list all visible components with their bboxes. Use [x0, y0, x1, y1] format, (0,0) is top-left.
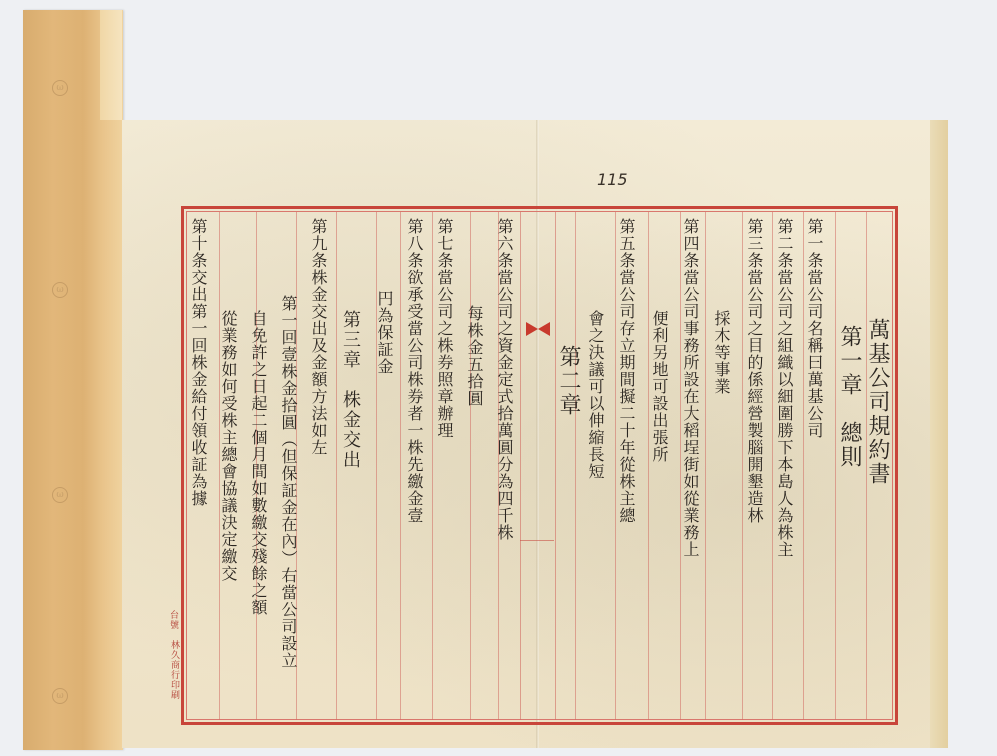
- binding-strip: [100, 10, 122, 120]
- article-4: 第四条當公司事務所設在大稻埕街如從業務上: [682, 218, 698, 558]
- printer-mark-name: 林久商行印刷: [168, 640, 181, 700]
- article-4-cont: 便利另地可設出張所: [651, 310, 667, 463]
- column-rule: [376, 212, 377, 720]
- column-rule: [742, 212, 743, 720]
- article-6: 第六条當公司之資金定式拾萬圓分為四千株: [496, 218, 512, 541]
- article-3-cont: 採木等事業: [713, 310, 729, 395]
- column-rule: [835, 212, 836, 720]
- article-9: 第九条株金交出及金額方法如左: [310, 218, 326, 456]
- article-5: 第五条當公司存立期間擬二十年從株主總: [618, 218, 634, 524]
- article-9-detail-1: 第一回壹株金拾圓（但保証金在內）右當公司設立: [280, 295, 296, 669]
- article-10: 第十条交出第一回株金給付領收証為據: [190, 218, 206, 507]
- column-rule: [705, 212, 706, 720]
- center-tick: [520, 540, 554, 541]
- column-rule: [400, 212, 401, 720]
- column-rule: [470, 212, 471, 720]
- article-9-detail-3: 從業務如何受株主總會協議決定繳交: [220, 310, 236, 582]
- article-2: 第二条當公司之組織以細圍勝下本島人為株主: [776, 218, 792, 558]
- page-number: 115: [597, 170, 628, 189]
- binding-tab: [23, 10, 123, 750]
- article-3: 第三条當公司之目的係經營製腦開墾造林: [746, 218, 762, 524]
- chapter-3-heading: 第三章 株金交出: [341, 310, 359, 470]
- column-rule: [575, 212, 576, 720]
- chapter-2-heading: 第二章: [557, 345, 579, 417]
- article-8-cont: 円為保証金: [376, 290, 392, 375]
- sheet-edge: [930, 120, 948, 748]
- column-rule: [432, 212, 433, 720]
- article-1: 第一条當公司名稱曰萬基公司: [806, 218, 822, 439]
- article-6-cont: 每株金五拾圓: [466, 305, 482, 407]
- column-rule: [772, 212, 773, 720]
- column-rule: [336, 212, 337, 720]
- punch-hole-icon: ω: [52, 688, 68, 704]
- printer-mark-number: 台號: [167, 610, 180, 630]
- punch-hole-icon: ω: [52, 487, 68, 503]
- document-title: 萬基公司規約書: [866, 318, 888, 486]
- article-5-cont: 會之決議可以伸縮長短: [587, 310, 603, 480]
- punch-hole-icon: ω: [52, 80, 68, 96]
- chapter-1-heading: 第一章 總則: [838, 325, 860, 469]
- column-rule: [803, 212, 804, 720]
- article-7: 第七条當公司之株券照章辦理: [436, 218, 452, 439]
- column-rule: [615, 212, 616, 720]
- punch-hole-icon: ω: [52, 282, 68, 298]
- article-8: 第八条欲承受當公司株券者一株先繳金壹: [406, 218, 422, 524]
- article-9-detail-2: 自免許之日起二個月間如數繳交殘餘之額: [250, 310, 266, 616]
- center-band: [520, 212, 556, 720]
- column-rule: [648, 212, 649, 720]
